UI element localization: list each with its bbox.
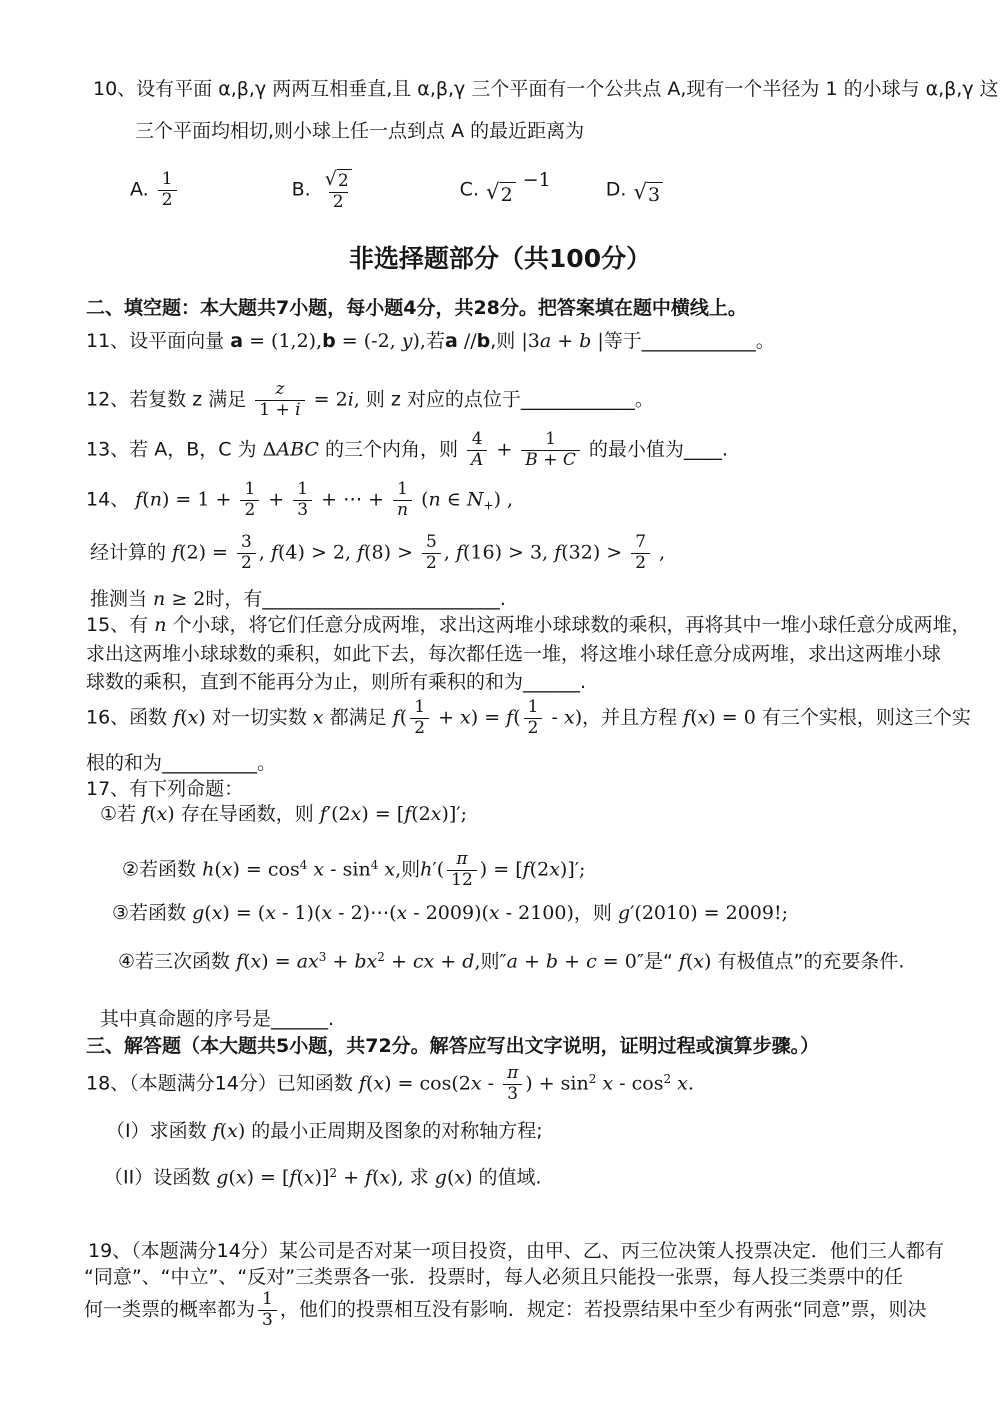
text-run: 的三个内角，则 bbox=[319, 439, 464, 461]
math-run: 4 bbox=[472, 429, 483, 449]
math-run: 2 bbox=[426, 553, 437, 573]
math-variable: x bbox=[373, 1073, 384, 1095]
math-run: ) = ( bbox=[222, 902, 265, 924]
math-variable: x bbox=[313, 707, 324, 729]
sqrt-radicand: 2 bbox=[500, 182, 516, 207]
math-variable: f bbox=[523, 859, 530, 881]
math-variable: x bbox=[212, 902, 223, 924]
math-run: ) bbox=[465, 1167, 472, 1189]
text-run: ④若三次函数 bbox=[118, 951, 236, 973]
fraction-denominator: n bbox=[393, 500, 412, 521]
q17-item2: ②若函数 h(x) = cos4 x - sin4 x,则h′(π12) = [… bbox=[122, 850, 585, 890]
section2-heading: 非选择题部分（共100分） bbox=[0, 243, 1000, 274]
raised-text: −1 bbox=[517, 169, 551, 191]
fraction: 72 bbox=[631, 533, 650, 573]
fraction-denominator: 2 bbox=[158, 190, 177, 211]
q15-line2: 求出这两堆小球球数的乘积，如此下去，每次都任选一堆，将这堆小球任意分成两堆，求出… bbox=[86, 643, 941, 667]
sqrt-radical: √2 bbox=[486, 182, 516, 207]
q10-options: A. 12B. √22C. √2 −1D. √3 bbox=[130, 168, 664, 212]
math-variable: x bbox=[380, 1167, 391, 1189]
math-variable: x bbox=[321, 902, 332, 924]
text-run: 推测当 bbox=[90, 588, 153, 610]
math-variable: N bbox=[467, 489, 484, 511]
text-run: 16、函数 bbox=[86, 707, 173, 729]
text-run: 经计算的 bbox=[90, 542, 172, 564]
math-variable: n bbox=[397, 500, 408, 520]
math-run: ( bbox=[243, 951, 250, 973]
math-run: 3 bbox=[297, 500, 308, 520]
q19-line1: 19、（本题满分14分）某公司是否对某一项目投资，由甲、乙、丙三位决策人投票决定… bbox=[88, 1240, 944, 1264]
fraction-numerator: z bbox=[271, 380, 288, 400]
math-run: ) = bbox=[261, 951, 296, 973]
superscript: 2 bbox=[329, 1166, 337, 1180]
math-run: 3 bbox=[241, 532, 252, 552]
q16-line1: 16、函数 f(x) 对一切实数 x 都满足 f(12 + x) = f(12 … bbox=[86, 698, 971, 738]
math-variable: c bbox=[586, 951, 597, 973]
math-run: 3 bbox=[507, 1084, 518, 1104]
math-variable: n bbox=[150, 489, 162, 511]
text-run: 有三个实根，则这三个实 bbox=[756, 707, 971, 729]
text-run: D. bbox=[606, 179, 633, 201]
fraction-numerator: 3 bbox=[237, 533, 256, 553]
sqrt-radicand: 3 bbox=[647, 182, 663, 207]
q15-line1: 15、有 n 个小球，将它们任意分成两堆，求出这两堆小球球数的乘积，再将其中一堆… bbox=[86, 614, 971, 638]
subscript: + bbox=[484, 499, 494, 513]
math-variable: n bbox=[429, 489, 441, 511]
q16-line2: 根的和为__________。 bbox=[86, 752, 276, 776]
math-variable: f bbox=[213, 1120, 220, 1142]
math-run: - bbox=[482, 1073, 501, 1095]
q17-intro: 17、有下列命题： bbox=[86, 778, 243, 802]
math-variable: g bbox=[216, 1167, 228, 1189]
math-run: )] bbox=[315, 1167, 330, 1189]
math-variable: d bbox=[462, 951, 474, 973]
math-variable: n bbox=[153, 588, 165, 610]
text-run: 则 z 对应的点位于____________。 bbox=[360, 389, 654, 411]
q18-part1: （I）求函数 f(x) 的最小正周期及图象的对称轴方程; bbox=[106, 1120, 543, 1144]
math-run: ) bbox=[167, 803, 174, 825]
math-run: . bbox=[688, 1073, 694, 1095]
text-run: 个小球，将它们任意分成两堆，求出这两堆小球球数的乘积，再将其中一堆小球任意分成两… bbox=[166, 614, 970, 636]
math-run: + bbox=[385, 951, 413, 973]
math-run: // bbox=[458, 330, 477, 352]
fraction-denominator: 3 bbox=[258, 1310, 277, 1331]
math-variable: x bbox=[549, 859, 560, 881]
text-run: ，并且方程 bbox=[582, 707, 683, 729]
math-run: 12 bbox=[451, 870, 473, 890]
text-run: 是“ bbox=[644, 951, 679, 973]
math-run: + ⋯ + bbox=[315, 489, 390, 511]
math-run: ), bbox=[412, 330, 425, 352]
math-run: ( bbox=[142, 489, 149, 511]
math-run: 2 bbox=[162, 190, 173, 210]
text-run: 12、若复数 z 满足 bbox=[86, 389, 252, 411]
math-run: ) bbox=[575, 707, 582, 729]
math-run: ) , bbox=[494, 489, 514, 511]
text-run: ,则 bbox=[490, 330, 521, 352]
math-run: ′(2010) = 2009!; bbox=[630, 902, 788, 924]
fraction-numerator: 1 bbox=[258, 1290, 277, 1310]
math-run: - sin bbox=[324, 859, 371, 881]
math-run: ( bbox=[296, 1167, 303, 1189]
math-variable: x bbox=[265, 902, 276, 924]
text-run: 18、（本题满分14分）已知函数 bbox=[86, 1073, 359, 1095]
math-run: 2 bbox=[635, 553, 646, 573]
text-run: 三、解答题（本大题共5小题，共72分。解答应写出文字说明，证明过程或演算步骤。） bbox=[86, 1035, 819, 1057]
math-run: ( bbox=[149, 803, 156, 825]
math-variable: h bbox=[420, 859, 432, 881]
fraction: 4A bbox=[467, 430, 487, 470]
text-run: ②若函数 bbox=[122, 859, 202, 881]
q12: 12、若复数 z 满足 z1 + i = 2i, 则 z 对应的点位于_____… bbox=[86, 380, 654, 420]
math-run: ≥ 2 bbox=[165, 588, 205, 610]
fraction-numerator: π bbox=[452, 850, 471, 870]
text-run: （I）求函数 bbox=[106, 1120, 213, 1142]
math-run: ( bbox=[214, 859, 221, 881]
math-run: = 2 bbox=[308, 389, 348, 411]
sqrt-sign-icon: √ bbox=[325, 169, 337, 189]
math-run: - 2)⋯( bbox=[332, 902, 396, 924]
vector-bold: b bbox=[477, 330, 491, 352]
fraction-numerator: 4 bbox=[468, 430, 487, 450]
math-run: , bbox=[444, 542, 456, 564]
math-variable: B + C bbox=[525, 450, 576, 470]
fraction-denominator: 1 + i bbox=[255, 400, 304, 421]
math-run: 1 bbox=[397, 479, 408, 499]
fraction-numerator: π bbox=[503, 1064, 522, 1084]
math-variable: x bbox=[602, 1073, 613, 1095]
math-run: + bbox=[326, 951, 354, 973]
fraction: 12 bbox=[158, 170, 177, 210]
fraction-denominator: 3 bbox=[503, 1084, 522, 1105]
math-run: (4) > 2, bbox=[278, 542, 357, 564]
fraction-numerator: 1 bbox=[524, 698, 543, 718]
fraction-numerator: 7 bbox=[631, 533, 650, 553]
math-run: (16) > 3, bbox=[463, 542, 554, 564]
fraction-numerator: 1 bbox=[410, 698, 429, 718]
text-run: 10、设有平面 α,β,γ 两两互相垂直,且 α,β,γ 三个平面有一个公共点 … bbox=[93, 78, 999, 100]
math-run: ( bbox=[180, 707, 187, 729]
fraction-numerator: 1 bbox=[541, 430, 560, 450]
math-run: ) bbox=[198, 707, 205, 729]
math-variable: b bbox=[546, 951, 558, 973]
math-run: + bbox=[337, 1167, 365, 1189]
math-run: ), bbox=[390, 1167, 403, 1189]
text-run: 对一切实数 bbox=[206, 707, 313, 729]
math-variable: a bbox=[507, 951, 518, 973]
math-run: ) = cos(2 bbox=[384, 1073, 471, 1095]
math-run: 1 bbox=[414, 697, 425, 717]
math-run: - 2009)( bbox=[407, 902, 489, 924]
fraction-denominator: 12 bbox=[447, 870, 477, 891]
text-run: 15、有 bbox=[86, 614, 154, 636]
fraction-numerator: 1 bbox=[158, 170, 177, 190]
math-run: ′(2 bbox=[327, 803, 351, 825]
vector-bold: a bbox=[445, 330, 458, 352]
math-variable: a bbox=[540, 330, 551, 352]
math-variable: y bbox=[402, 330, 413, 352]
math-variable: x bbox=[397, 902, 408, 924]
math-run: | bbox=[591, 330, 603, 352]
math-variable: x bbox=[222, 859, 233, 881]
math-variable: x bbox=[471, 1073, 482, 1095]
vector-bold: a bbox=[230, 330, 243, 352]
text-run: 13、若 A，B，C 为 bbox=[86, 439, 263, 461]
text-run: 二、填空题：本大题共7小题，每小题4分，共28分。把答案填在题中横线上。 bbox=[86, 297, 747, 319]
math-variable: π bbox=[456, 849, 467, 869]
fraction: π3 bbox=[503, 1064, 522, 1104]
text-run: 19、（本题满分14分）某公司是否对某一项目投资，由甲、乙、丙三位决策人投票决定… bbox=[88, 1240, 944, 1262]
math-run: = (-2, bbox=[336, 330, 402, 352]
math-variable: x bbox=[351, 803, 362, 825]
text-run: A. bbox=[130, 179, 155, 201]
math-run: + bbox=[434, 951, 462, 973]
math-run: 5 bbox=[426, 532, 437, 552]
text-run: 则 bbox=[401, 859, 420, 881]
math-run: 3 bbox=[262, 1310, 273, 1330]
math-run: )]′; bbox=[560, 859, 586, 881]
math-run: + bbox=[432, 707, 460, 729]
text-run: 其中真命题的序号是______. bbox=[100, 1008, 334, 1030]
q18-part2: （II）设函数 g(x) = [f(x)]2 + f(x), 求 g(x) 的值… bbox=[104, 1166, 542, 1190]
q11: 11、设平面向量 a = (1,2),b = (-2, y),若a //b,则 … bbox=[86, 330, 775, 354]
math-variable: h bbox=[202, 859, 214, 881]
math-run: ( bbox=[228, 1167, 235, 1189]
fraction: 12 bbox=[524, 698, 543, 738]
math-variable: x bbox=[236, 1167, 247, 1189]
fraction: 32 bbox=[237, 533, 256, 573]
text-run: 则″ bbox=[480, 951, 506, 973]
math-run: 1 bbox=[162, 169, 173, 189]
text-run: 的最小正周期及图象的对称轴方程; bbox=[245, 1120, 542, 1142]
text-run: 存在导函数，则 bbox=[175, 803, 320, 825]
math-variable: f bbox=[320, 803, 327, 825]
math-variable: f bbox=[456, 542, 463, 564]
math-run: - 2100) bbox=[500, 902, 574, 924]
text-run: 求 bbox=[404, 1167, 435, 1189]
math-variable: g bbox=[435, 1167, 447, 1189]
text-run: 的值域. bbox=[473, 1167, 542, 1189]
math-run: + bbox=[262, 489, 290, 511]
q19-line2: “同意”、“中立”、“反对”三类票各一张．投票时，每人必须且只能投一张票，每人投… bbox=[84, 1266, 903, 1290]
math-run: ( bbox=[690, 707, 697, 729]
math-run: ( bbox=[220, 1120, 227, 1142]
fraction-denominator: 2 bbox=[524, 718, 543, 739]
math-variable: x bbox=[454, 1167, 465, 1189]
q19-line3: 何一类票的概率都为13，他们的投票相互没有影响．规定：若投票结果中至少有两张“同… bbox=[84, 1290, 927, 1330]
text-run: ③若函数 bbox=[112, 902, 192, 924]
fraction-numerator: √2 bbox=[320, 168, 357, 192]
text-run: 根的和为__________。 bbox=[86, 752, 276, 774]
fraction-denominator: 2 bbox=[410, 718, 429, 739]
fraction-denominator: A bbox=[467, 450, 487, 471]
fraction: 13 bbox=[293, 480, 312, 520]
vector-bold: b bbox=[322, 330, 336, 352]
fraction-denominator: 2 bbox=[631, 553, 650, 574]
fraction: √22 bbox=[320, 168, 357, 212]
text-run: 何一类票的概率都为 bbox=[84, 1299, 255, 1321]
text-run: ，他们的投票相互没有影响．规定：若投票结果中至少有两张“同意”票，则决 bbox=[280, 1299, 927, 1321]
math-run: = (1,2), bbox=[243, 330, 322, 352]
math-run: ) + sin bbox=[525, 1073, 588, 1095]
fraction-denominator: 2 bbox=[329, 192, 348, 213]
math-variable: x bbox=[384, 859, 395, 881]
fraction-denominator: 2 bbox=[237, 553, 256, 574]
math-variable: x bbox=[304, 1167, 315, 1189]
math-run: ) = [ bbox=[361, 803, 404, 825]
fraction-numerator: 1 bbox=[293, 480, 312, 500]
math-variable: x bbox=[698, 707, 709, 729]
text-run: ①若 bbox=[100, 803, 142, 825]
math-run: , bbox=[259, 542, 271, 564]
q17-item3: ③若函数 g(x) = (x - 1)(x - 2)⋯(x - 2009)(x … bbox=[112, 902, 788, 926]
math-run: - bbox=[545, 707, 564, 729]
math-run: 7 bbox=[635, 532, 646, 552]
math-variable: b bbox=[579, 330, 591, 352]
math-run: (2) = bbox=[179, 542, 234, 564]
q10-text-1: 10、设有平面 α,β,γ 两两互相垂直,且 α,β,γ 三个平面有一个公共点 … bbox=[93, 78, 999, 102]
math-variable: f bbox=[393, 707, 400, 729]
fraction: 52 bbox=[422, 533, 441, 573]
q18-intro: 18、（本题满分14分）已知函数 f(x) = cos(2x - π3) + s… bbox=[86, 1064, 694, 1104]
math-variable: f bbox=[359, 1073, 366, 1095]
math-run: + bbox=[518, 951, 546, 973]
math-run: ) = bbox=[471, 707, 506, 729]
math-variable: z bbox=[275, 379, 284, 399]
fraction-numerator: 1 bbox=[240, 480, 259, 500]
math-variable: g bbox=[618, 902, 630, 924]
math-run: 2 bbox=[414, 718, 425, 738]
math-run: ′( bbox=[432, 859, 444, 881]
math-run: 2 bbox=[528, 718, 539, 738]
math-run: 2 bbox=[241, 553, 252, 573]
q13: 13、若 A，B，C 为 ΔABC 的三个内角，则 4A + 1B + C 的最… bbox=[86, 430, 728, 470]
math-run: ) = [ bbox=[480, 859, 523, 881]
q14-line3: 推测当 n ≥ 2时，有_________________________. bbox=[90, 588, 506, 612]
fraction-denominator: 2 bbox=[422, 553, 441, 574]
text-run: 三个平面均相切,则小球上任一点到点 A 的最近距离为 bbox=[135, 120, 584, 142]
q14-line2: 经计算的 f(2) = 32, f(4) > 2, f(8) > 52, f(1… bbox=[90, 533, 665, 573]
math-run: + bbox=[490, 439, 518, 461]
math-run: ( bbox=[415, 489, 428, 511]
fraction-denominator: B + C bbox=[521, 450, 580, 471]
math-run: + bbox=[558, 951, 586, 973]
q10-text-2: 三个平面均相切,则小球上任一点到点 A 的最近距离为 bbox=[135, 120, 584, 144]
math-variable: ax bbox=[297, 951, 319, 973]
math-variable: n bbox=[154, 614, 166, 636]
fraction-numerator: 1 bbox=[393, 480, 412, 500]
exam-page: 10、设有平面 α,β,γ 两两互相垂直,且 α,β,γ 三个平面有一个公共点 … bbox=[0, 0, 1000, 1415]
math-variable: x bbox=[564, 707, 575, 729]
math-run: ) = [ bbox=[247, 1167, 290, 1189]
math-run: (2 bbox=[411, 803, 431, 825]
math-variable: ABC bbox=[276, 439, 319, 461]
math-run: ( bbox=[513, 707, 520, 729]
math-run: ( bbox=[204, 902, 211, 924]
math-run: 1 bbox=[545, 429, 556, 449]
section2-instructions: 二、填空题：本大题共7小题，每小题4分，共28分。把答案填在题中横线上。 bbox=[86, 297, 747, 321]
superscript: 2 bbox=[663, 1072, 671, 1086]
sqrt-radicand: 2 bbox=[337, 169, 352, 192]
math-run: 1 bbox=[528, 697, 539, 717]
math-variable: π bbox=[507, 1063, 518, 1083]
q17-item4: ④若三次函数 f(x) = ax3 + bx2 + cx + d,则″a + b… bbox=[118, 950, 904, 974]
math-run: 1 bbox=[244, 479, 255, 499]
math-variable: bx bbox=[354, 951, 377, 973]
text-run: 14、 bbox=[86, 489, 135, 511]
math-run: )]′; bbox=[441, 803, 467, 825]
math-run: 1 + bbox=[259, 400, 295, 420]
math-variable: x bbox=[489, 902, 500, 924]
text-run: 17、有下列命题： bbox=[86, 778, 243, 800]
text-run: 有极值点”的充要条件. bbox=[711, 951, 904, 973]
text-run: 11、设平面向量 bbox=[86, 330, 230, 352]
text-run: 求出这两堆小球球数的乘积，如此下去，每次都任选一堆，将这堆小球任意分成两堆，求出… bbox=[86, 643, 941, 665]
text-run: ，则 bbox=[574, 902, 618, 924]
fraction-denominator: 3 bbox=[293, 500, 312, 521]
math-run: 2 bbox=[244, 500, 255, 520]
math-variable: x bbox=[460, 707, 471, 729]
math-run: (8) > bbox=[364, 542, 419, 564]
math-run: |3 bbox=[521, 330, 540, 352]
sqrt-radical: √3 bbox=[633, 182, 663, 207]
math-run: ( bbox=[372, 1167, 379, 1189]
text-run: 时，有_________________________. bbox=[205, 588, 506, 610]
math-run: 2 bbox=[333, 192, 344, 212]
math-run: = 0″ bbox=[597, 951, 644, 973]
q17-answer: 其中真命题的序号是______. bbox=[100, 1008, 334, 1032]
math-variable: A bbox=[471, 450, 483, 470]
q14-line1: 14、 f(n) = 1 + 12 + 13 + ⋯ + 1n (n ∈ N+)… bbox=[86, 480, 513, 520]
sqrt-sign-icon: √ bbox=[633, 182, 647, 204]
math-variable: cx bbox=[413, 951, 434, 973]
fraction-numerator: 5 bbox=[422, 533, 441, 553]
text-run: 球数的乘积，直到不能再分为止，则所有乘积的和为______. bbox=[86, 671, 586, 693]
text-run: 等于____________。 bbox=[604, 330, 775, 352]
math-run: - 1)( bbox=[276, 902, 321, 924]
math-run: ∈ bbox=[441, 489, 467, 511]
math-run: (2 bbox=[530, 859, 550, 881]
fraction: 1B + C bbox=[521, 430, 580, 470]
fraction: 12 bbox=[410, 698, 429, 738]
text-run: “同意”、“中立”、“反对”三类票各一张．投票时，每人必须且只能投一张票，每人投… bbox=[84, 1266, 903, 1288]
sqrt-sign-icon: √ bbox=[486, 182, 500, 204]
q15-line3: 球数的乘积，直到不能再分为止，则所有乘积的和为______. bbox=[86, 671, 586, 695]
math-variable: x bbox=[431, 803, 442, 825]
fraction: 13 bbox=[258, 1290, 277, 1330]
text-run: 非选择题部分（共100分） bbox=[349, 244, 651, 273]
math-variable: x bbox=[188, 707, 199, 729]
math-variable: i bbox=[295, 400, 300, 420]
fraction-denominator: 2 bbox=[240, 500, 259, 521]
fraction: 1n bbox=[393, 480, 412, 520]
math-variable: x bbox=[157, 803, 168, 825]
text-run: C. bbox=[460, 179, 485, 201]
math-variable: x bbox=[313, 859, 324, 881]
section3-instructions: 三、解答题（本大题共5小题，共72分。解答应写出文字说明，证明过程或演算步骤。） bbox=[86, 1035, 819, 1059]
math-variable: x bbox=[677, 1073, 688, 1095]
math-run: - cos bbox=[613, 1073, 663, 1095]
fraction: π12 bbox=[447, 850, 477, 890]
math-run: ) = 0 bbox=[708, 707, 756, 729]
math-run: ) = 1 + bbox=[162, 489, 238, 511]
math-variable: x bbox=[251, 951, 262, 973]
fraction: z1 + i bbox=[255, 380, 304, 420]
math-variable: x bbox=[693, 951, 704, 973]
math-variable: g bbox=[192, 902, 204, 924]
math-run: + bbox=[551, 330, 579, 352]
q17-item1: ①若 f(x) 存在导函数，则 f′(2x) = [f(2x)]′; bbox=[100, 803, 467, 827]
